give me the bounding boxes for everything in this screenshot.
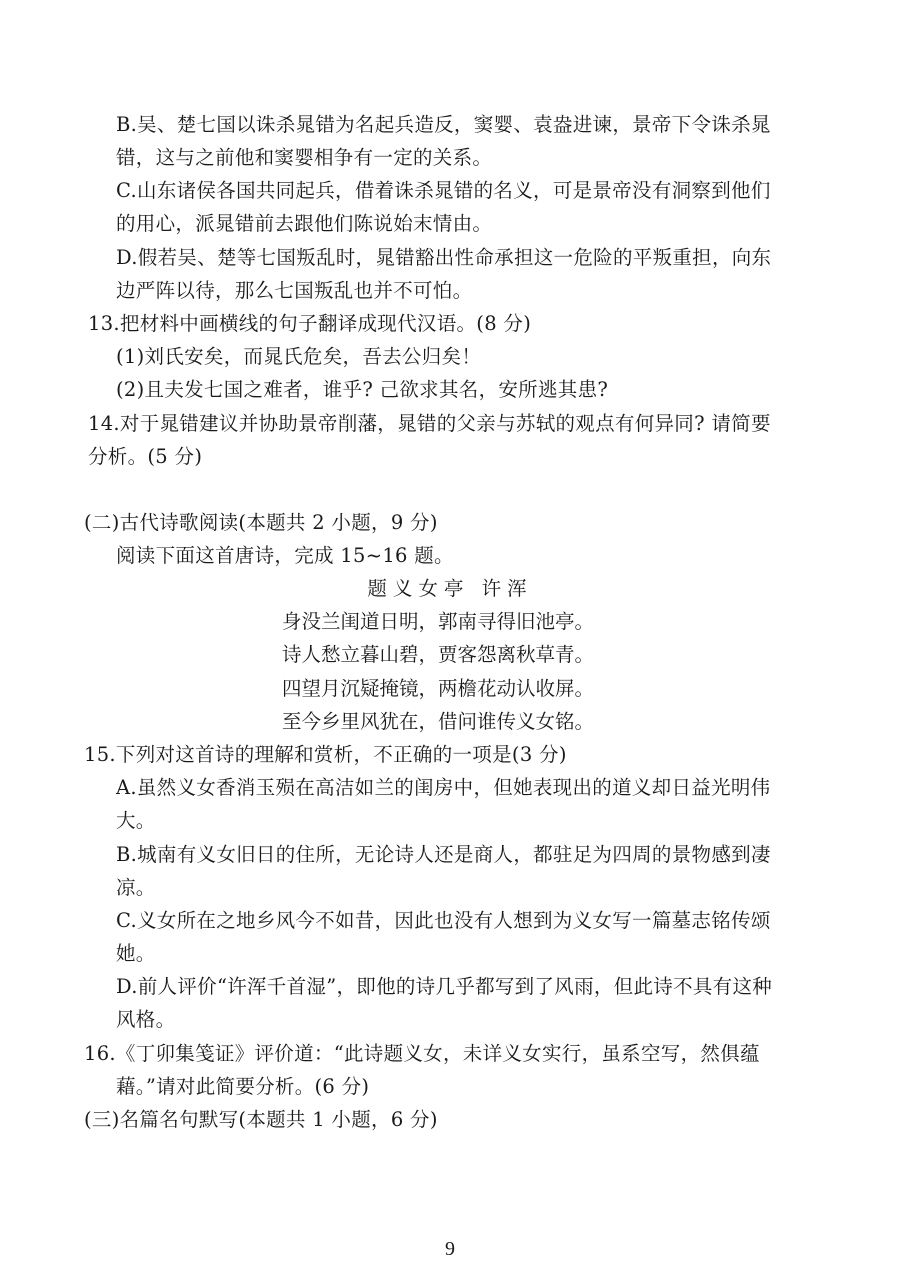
question-stem-cont: 分析。(5 分) bbox=[88, 440, 202, 473]
option-c-cont: 她。 bbox=[116, 937, 156, 970]
text-line: 边严阵以待，那么七国叛乱也并不可怕。 bbox=[116, 274, 472, 307]
option-b: B.城南有义女旧日的住所，无论诗人还是商人，都驻足为四周的景物感到凄 bbox=[116, 838, 771, 871]
option-d-cont: 风格。 bbox=[116, 1003, 175, 1036]
poem-title: 题义女亭 许浑 bbox=[0, 572, 900, 605]
text-line: 的用心，派晁错前去跟他们陈说始末情由。 bbox=[116, 207, 492, 240]
page-number: 9 bbox=[0, 1238, 900, 1261]
text-line: D.假若吴、楚等七国叛乱时，晁错豁出性命承担这一危险的平叛重担，向东 bbox=[116, 241, 771, 274]
question-stem: 15.下列对这首诗的理解和赏析，不正确的一项是(3 分) bbox=[84, 738, 567, 771]
section-intro: 阅读下面这首唐诗，完成 15~16 题。 bbox=[116, 539, 454, 572]
question-stem: 14.对于晁错建议并协助景帝削藩，晁错的父亲与苏轼的观点有何异同? 请简要 bbox=[88, 407, 771, 440]
poem-line: 至今乡里风犹在，借问谁传义女铭。 bbox=[282, 705, 594, 738]
question-stem: 13.把材料中画横线的句子翻译成现代汉语。(8 分) bbox=[88, 307, 531, 340]
question-stem-cont: 藉。”请对此简要分析。(6 分) bbox=[116, 1070, 369, 1103]
option-d: D.前人评价“许浑千首湿”，即他的诗几乎都写到了风雨，但此诗不具有这种 bbox=[116, 970, 772, 1003]
section-heading: (二)古代诗歌阅读(本题共 2 小题，9 分) bbox=[84, 506, 438, 539]
text-line: 错，这与之前他和窦婴相争有一定的关系。 bbox=[116, 141, 492, 174]
option-a-cont: 大。 bbox=[116, 804, 156, 837]
sentence-2: (2)且夫发七国之难者，谁乎? 己欲求其名，安所逃其患? bbox=[116, 373, 608, 406]
poem-line: 诗人愁立暮山碧，贾客怨离秋草青。 bbox=[282, 638, 594, 671]
poem-line: 身没兰闺道日明，郭南寻得旧池亭。 bbox=[282, 605, 594, 638]
option-c: C.义女所在之地乡风今不如昔，因此也没有人想到为义女写一篇墓志铭传颂 bbox=[116, 904, 771, 937]
section-heading-recitation: (三)名篇名句默写(本题共 1 小题，6 分) bbox=[84, 1103, 438, 1136]
option-a: A.虽然义女香消玉殒在高洁如兰的闺房中，但她表现出的道义却日益光明伟 bbox=[116, 771, 770, 804]
text-line: C.山东诸侯各国共同起兵，借着诛杀晁错的名义，可是景帝没有洞察到他们 bbox=[116, 174, 771, 207]
text-line: B.吴、楚七国以诛杀晁错为名起兵造反，窦婴、袁盎进谏，景帝下令诛杀晁 bbox=[116, 108, 771, 141]
option-b-cont: 凉。 bbox=[116, 871, 156, 904]
question-stem: 16.《丁卯集笺证》评价道：“此诗题义女，未详义女实行，虽系空写，然俱蕴 bbox=[84, 1037, 760, 1070]
poem-line: 四望月沉疑掩镜，两檐花动认收屏。 bbox=[282, 672, 594, 705]
sentence-1: (1)刘氏安矣，而晁氏危矣，吾去公归矣！ bbox=[116, 340, 481, 373]
